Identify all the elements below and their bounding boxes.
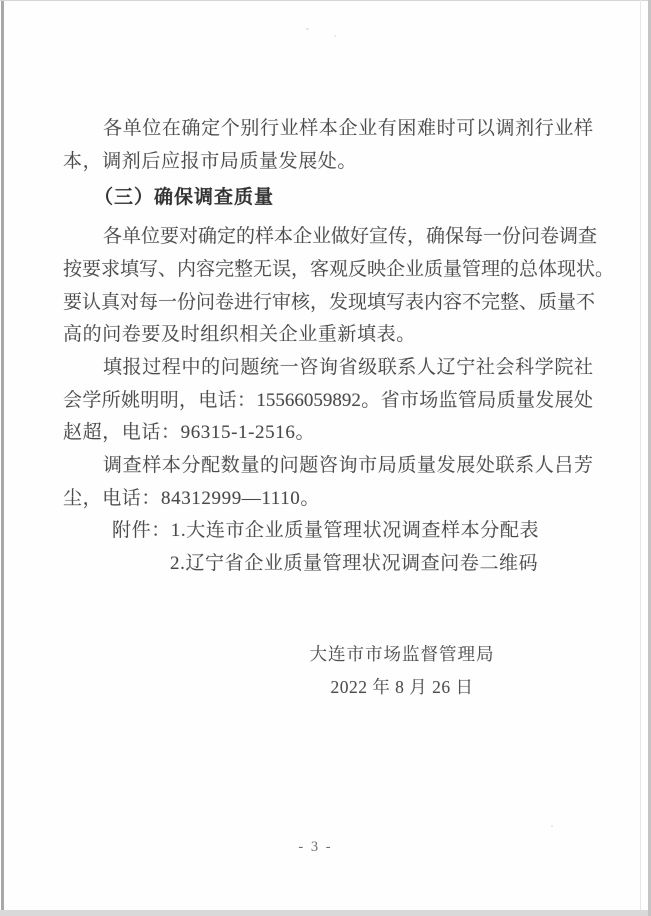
issuing-authority: 大连市市场监督管理局 (262, 638, 542, 671)
paragraph-4: 调查样本分配数量的问题咨询市局质量发展处联系人吕芳 尘，电话：84312999—… (63, 450, 593, 515)
paragraph-2-line-2: 按要求填写、内容完整无误，客观反映企业质量管理的总体现状。 (63, 254, 593, 287)
paragraph-1-line-2: 本，调剂后应报市局质量发展处。 (63, 146, 593, 179)
paper-fold-line (640, 0, 641, 910)
section-heading: （三）确保调查质量 (63, 182, 593, 215)
scan-edge-left (1, 0, 4, 916)
paragraph-2-line-1: 各单位要对确定的样本企业做好宣传，确保每一份问卷调查 (63, 221, 593, 254)
scan-speck (551, 825, 553, 827)
paragraph-2: 各单位要对确定的样本企业做好宣传，确保每一份问卷调查 按要求填写、内容完整无误，… (63, 221, 593, 352)
document-body: 各单位在确定个别行业样本企业有困难时可以调剂行业样 本，调剂后应报市局质量发展处… (63, 113, 593, 581)
issue-date: 2022 年 8 月 26 日 (262, 671, 542, 704)
paragraph-3: 填报过程中的问题统一咨询省级联系人辽宁社会科学院社 会学所姚明明，电话：1556… (63, 352, 593, 450)
scan-speck (306, 28, 309, 30)
signature-block: 大连市市场监督管理局 2022 年 8 月 26 日 (262, 638, 542, 704)
scanned-document-page: 各单位在确定个别行业样本企业有困难时可以调剂行业样 本，调剂后应报市局质量发展处… (0, 0, 651, 916)
paragraph-4-line-1: 调查样本分配数量的问题咨询市局质量发展处联系人吕芳 (63, 450, 593, 483)
attachments-list: 附件：1.大连市企业质量管理状况调查样本分配表 2.辽宁省企业质量管理状况调查问… (63, 515, 593, 580)
page-number: - 3 - (0, 839, 631, 856)
paragraph-1: 各单位在确定个别行业样本企业有困难时可以调剂行业样 本，调剂后应报市局质量发展处… (63, 113, 593, 178)
paragraph-2-line-4: 高的问卷要及时组织相关企业重新填表。 (63, 319, 593, 352)
scan-speck (334, 35, 336, 37)
attachment-item-1: 附件：1.大连市企业质量管理状况调查样本分配表 (63, 515, 593, 548)
paragraph-1-line-1: 各单位在确定个别行业样本企业有困难时可以调剂行业样 (63, 113, 593, 146)
paragraph-3-line-1: 填报过程中的问题统一咨询省级联系人辽宁社会科学院社 (63, 352, 593, 385)
paragraph-2-line-3: 要认真对每一份问卷进行审核，发现填写表内容不完整、质量不 (63, 287, 593, 320)
scan-edge-top (0, 0, 651, 1)
attachment-item-2: 2.辽宁省企业质量管理状况调查问卷二维码 (63, 548, 593, 581)
scan-edge-bottom (0, 910, 651, 916)
paragraph-4-line-2: 尘，电话：84312999—1110。 (63, 483, 593, 516)
paragraph-3-line-3: 赵超，电话：96315-1-2516。 (63, 417, 593, 450)
paragraph-3-line-2: 会学所姚明明，电话：15566059892。省市场监管局质量发展处 (63, 385, 593, 418)
